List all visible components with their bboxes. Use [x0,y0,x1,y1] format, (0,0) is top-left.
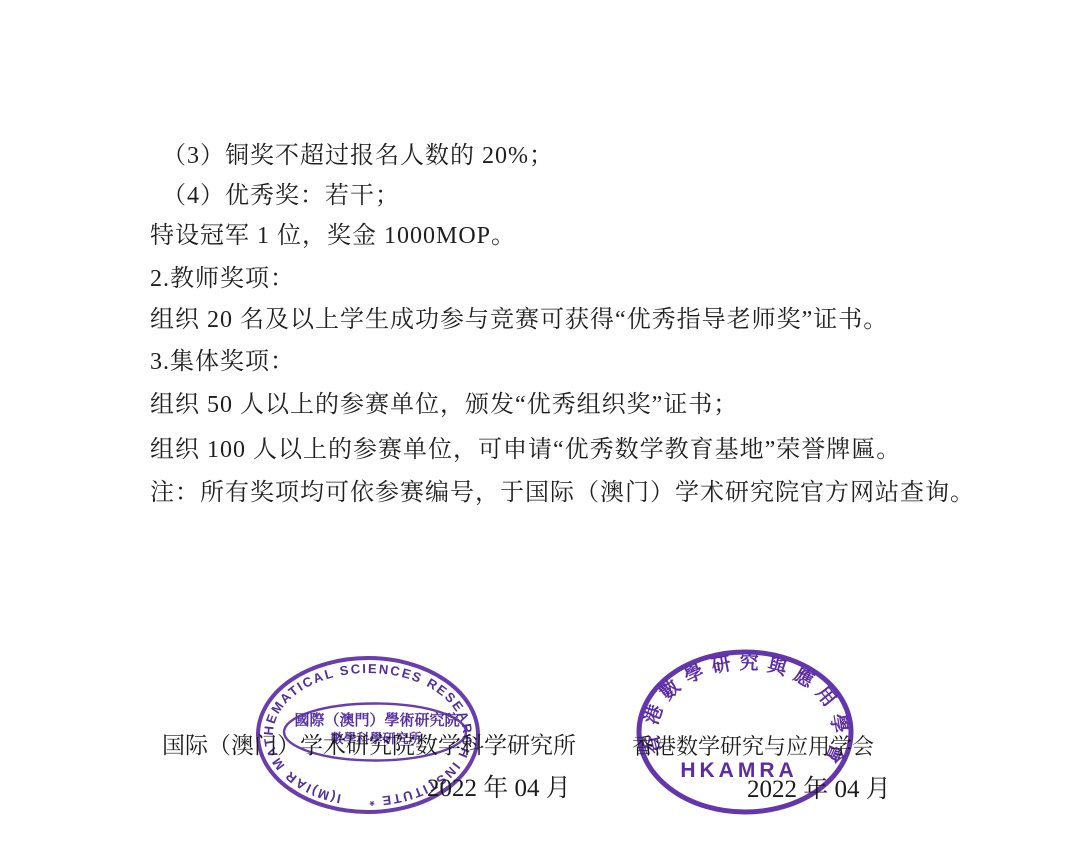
signature-org-right: 香港数学研究与应用学会 [632,735,874,758]
stamp-center-line1: 國際（澳門）學術研究院 [294,711,459,729]
signature-org-left: 国际（澳门）学术研究院数学科学研究所 [162,734,576,758]
body-line: （4）优秀奖：若干； [150,183,400,209]
signature-date-right: 2022 年 04 月 [747,777,891,803]
body-line: 注：所有奖项均可依参赛编号，于国际（澳门）学术研究院官方网站查询。 [150,480,975,506]
document-page: （3）铜奖不超过报名人数的 20%； （4）优秀奖：若干； 特设冠军 1 位，奖… [0,0,1080,855]
body-line: 3.集体奖项： [150,349,295,375]
body-line: 组织 50 人以上的参赛单位，颁发“优秀组织奖”证书； [150,392,738,418]
body-line: 特设冠军 1 位，奖金 1000MOP。 [150,223,516,249]
body-line: 2.教师奖项： [150,266,295,292]
body-line: 组织 100 人以上的参赛单位，可申请“优秀数学教育基地”荣誉牌匾。 [150,437,901,463]
body-line: （3）铜奖不超过报名人数的 20%； [150,143,554,169]
signature-date-left: 2022 年 04 月 [427,776,571,802]
body-line: 组织 20 名及以上学生成功参与竞赛可获得“优秀指导老师奖”证书。 [150,307,888,333]
